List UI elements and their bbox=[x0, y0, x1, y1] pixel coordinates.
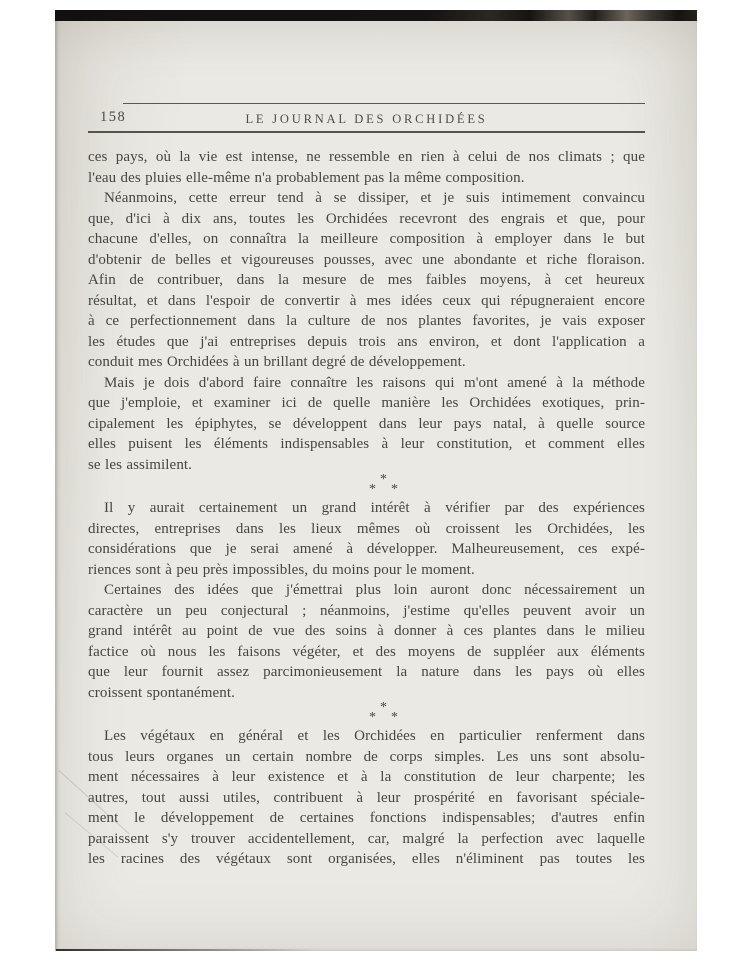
header-rule-bottom bbox=[88, 131, 645, 133]
text-line: les racines des végétaux sont organisées… bbox=[88, 849, 645, 870]
paragraph: Il y aurait certainement un grand intérê… bbox=[88, 498, 645, 580]
text-line: Les végétaux en général et les Orchidées… bbox=[88, 726, 645, 747]
paragraph: ces pays, où la vie est intense, ne ress… bbox=[88, 147, 645, 188]
text-line: que leur fournit assez parcimonieusement… bbox=[88, 662, 645, 683]
text-line: paraissent s'y trouver accidentellement,… bbox=[88, 829, 645, 850]
text-line: elles puisent les éléments indispensable… bbox=[88, 434, 645, 455]
text-line: les études que j'ai entreprises depuis t… bbox=[88, 332, 645, 353]
text-line: tous leurs organes un certain nombre de … bbox=[88, 747, 645, 768]
text-line: Néanmoins, cette erreur tend à se dissip… bbox=[88, 188, 645, 209]
paragraph: Mais je dois d'abord faire connaître les… bbox=[88, 373, 645, 476]
asterisk-glyph: * bbox=[369, 713, 376, 723]
text-line: que j'emploie, et examiner ici de quelle… bbox=[88, 393, 645, 414]
header-rule-top bbox=[123, 103, 645, 104]
text-line: ment le développement de certaines fonct… bbox=[88, 808, 645, 829]
text-line: ment nécessaires à leur existence et à l… bbox=[88, 767, 645, 788]
text-line: résultat, et dans l'espoir de convertir … bbox=[88, 291, 645, 312]
text-line: se les assimilent. bbox=[88, 455, 645, 476]
text-line: ces pays, où la vie est intense, ne ress… bbox=[88, 147, 645, 168]
page-body: ces pays, où la vie est intense, ne ress… bbox=[88, 147, 645, 870]
text-line: l'eau des pluies elle-même n'a probablem… bbox=[88, 168, 645, 189]
journal-title: LE JOURNAL DES ORCHIDÉES bbox=[88, 112, 645, 127]
text-line: d'obtenir de belles et vigoureuses pouss… bbox=[88, 250, 645, 271]
text-line: considérations que je serai amené à déve… bbox=[88, 539, 645, 560]
asterisk-glyph: * bbox=[369, 485, 376, 495]
scan-top-edge-artifact bbox=[55, 10, 697, 21]
scan-bottom-edge-artifact bbox=[56, 949, 316, 951]
text-line: chacune d'elles, on connaîtra la meilleu… bbox=[88, 229, 645, 250]
text-line: grand intérêt au point de vue des soins … bbox=[88, 621, 645, 642]
asterisk-glyph: * bbox=[380, 475, 387, 485]
text-line: Il y aurait certainement un grand intérê… bbox=[88, 498, 645, 519]
asterisk-glyph: * bbox=[380, 703, 387, 713]
paragraph: Néanmoins, cette erreur tend à se dissip… bbox=[88, 188, 645, 373]
text-line: cipalement les épiphytes, se développent… bbox=[88, 414, 645, 435]
asterisk-glyph: * bbox=[391, 485, 398, 495]
text-line: conduit mes Orchidées à un brillant degr… bbox=[88, 352, 645, 373]
text-line: croissent spontanément. bbox=[88, 683, 645, 704]
asterisk-glyph: * bbox=[391, 713, 398, 723]
asterisk-separator: *** bbox=[88, 703, 645, 726]
asterisk-separator: *** bbox=[88, 475, 645, 498]
text-line: autres, tout aussi utiles, contribuent à… bbox=[88, 788, 645, 809]
text-line: que, d'ici à dix ans, toutes les Orchidé… bbox=[88, 209, 645, 230]
text-line: à ce perfectionnement dans la culture de… bbox=[88, 311, 645, 332]
text-line: riences sont à peu près impossibles, du … bbox=[88, 560, 645, 581]
paragraph: Les végétaux en général et les Orchidées… bbox=[88, 726, 645, 870]
text-line: Afin de contribuer, dans la mesure de me… bbox=[88, 270, 645, 291]
paragraph: Certaines des idées que j'émettrai plus … bbox=[88, 580, 645, 703]
scanned-page: 158 LE JOURNAL DES ORCHIDÉES ces pays, o… bbox=[55, 10, 697, 951]
text-line: directes, entreprises dans les lieux mêm… bbox=[88, 519, 645, 540]
text-line: caractère un peu conjectural ; néanmoins… bbox=[88, 601, 645, 622]
text-line: factice où nous les faisons végéter, et … bbox=[88, 642, 645, 663]
text-line: Certaines des idées que j'émettrai plus … bbox=[88, 580, 645, 601]
text-line: Mais je dois d'abord faire connaître les… bbox=[88, 373, 645, 394]
